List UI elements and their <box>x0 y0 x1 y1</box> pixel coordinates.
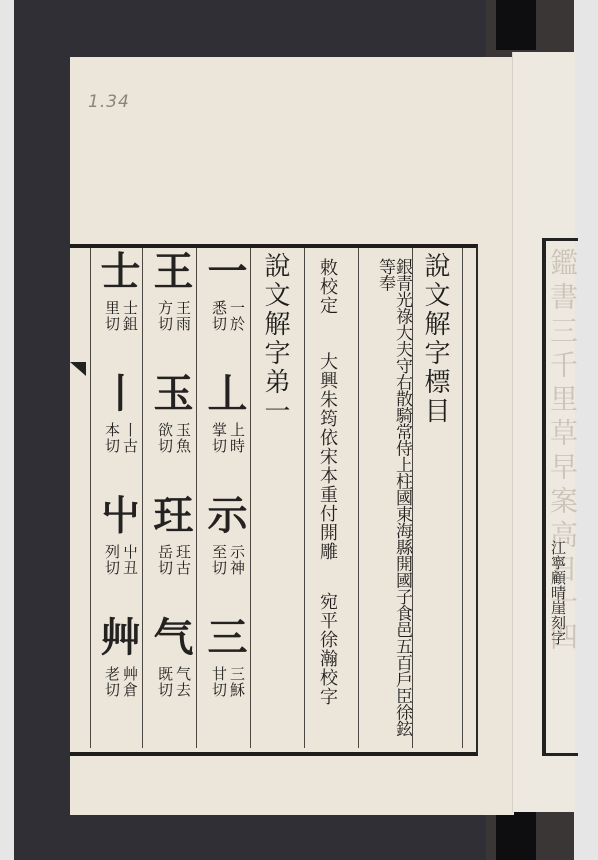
column-divider <box>358 248 359 748</box>
seal-character: 玉 <box>150 372 190 412</box>
gloss-left: 方切 <box>157 300 172 332</box>
gloss-right: 玉魚 <box>175 422 190 454</box>
seal-character: 屮 <box>97 494 137 534</box>
seal-character: 一 <box>204 250 244 290</box>
seal-character: 示 <box>204 494 244 534</box>
edict-line-mid: 大興朱筠依宋本重付開雕 <box>318 352 336 561</box>
seal-character: 丄 <box>204 372 244 412</box>
gloss-right: 一於 <box>229 300 244 332</box>
gloss-right: 示神 <box>229 544 244 576</box>
gloss-right: 屮丑 <box>122 544 137 576</box>
radical-entry: 一 一於 悉切 <box>198 250 248 370</box>
gloss-right: 上時 <box>229 422 244 454</box>
radical-entry: 丨 丨古 本切 <box>91 372 141 492</box>
spine-gap-top <box>496 0 536 50</box>
gloss-right: 王雨 <box>175 300 190 332</box>
pencil-note: 1.34 <box>88 92 130 112</box>
column-divider <box>412 248 413 748</box>
radical-entry: 三 三穌 甘切 <box>198 616 248 736</box>
seal-character: 丨 <box>97 372 137 412</box>
book-title: 說文解字標目 <box>422 252 448 426</box>
radical-entry: 屮 屮丑 列切 <box>91 494 141 614</box>
seal-character: 士 <box>97 250 137 290</box>
spine-gap-bottom <box>496 810 536 860</box>
seal-character: 王 <box>150 250 190 290</box>
gloss-left: 掌切 <box>211 422 226 454</box>
gloss-right: 士鉏 <box>122 300 137 332</box>
gloss-right: 丨古 <box>122 422 137 454</box>
gloss-right: 气去 <box>175 666 190 698</box>
gloss-left: 老切 <box>104 666 119 698</box>
gloss-left: 至切 <box>211 544 226 576</box>
radical-entry: 士 士鉏 里切 <box>91 250 141 370</box>
gloss-left: 欲切 <box>157 422 172 454</box>
official-line: 銀青光祿大夫守右散騎常侍上柱國東海縣開國子食邑五百戶臣徐鉉等奉 <box>376 258 410 738</box>
gloss-left: 既切 <box>157 666 172 698</box>
radical-entry: 玨 玨古 岳切 <box>144 494 194 614</box>
chapter-title: 說文解字弟一 <box>262 252 288 426</box>
column-divider <box>196 248 197 748</box>
seal-character: 艸 <box>97 616 137 656</box>
radical-entry: 王 王雨 方切 <box>144 250 194 370</box>
gloss-right: 三穌 <box>229 666 244 698</box>
radical-entry: 示 示神 至切 <box>198 494 248 614</box>
radical-entry: 艸 艸倉 老切 <box>91 616 141 736</box>
gloss-left: 里切 <box>104 300 119 332</box>
radical-entry: 气 气去 既切 <box>144 616 194 736</box>
column-divider <box>304 248 305 748</box>
edict-line-bottom: 宛平徐瀚校字 <box>318 592 336 706</box>
gloss-left: 列切 <box>104 544 119 576</box>
gloss-right: 艸倉 <box>122 666 137 698</box>
gloss-left: 本切 <box>104 422 119 454</box>
engraver-credit: 江寧顧晴崖刻字 <box>550 540 565 645</box>
radical-entry: 丄 上時 掌切 <box>198 372 248 492</box>
gloss-right: 玨古 <box>175 544 190 576</box>
column-divider <box>250 248 251 748</box>
seal-character: 气 <box>150 616 190 656</box>
column-divider <box>142 248 143 748</box>
column-divider <box>462 248 463 748</box>
gloss-left: 悉切 <box>211 300 226 332</box>
gloss-left: 甘切 <box>211 666 226 698</box>
seal-character: 三 <box>204 616 244 656</box>
edict-line-top: 敕校定 <box>318 258 336 315</box>
radical-entry: 玉 玉魚 欲切 <box>144 372 194 492</box>
gloss-left: 岳切 <box>157 544 172 576</box>
seal-character: 玨 <box>150 494 190 534</box>
